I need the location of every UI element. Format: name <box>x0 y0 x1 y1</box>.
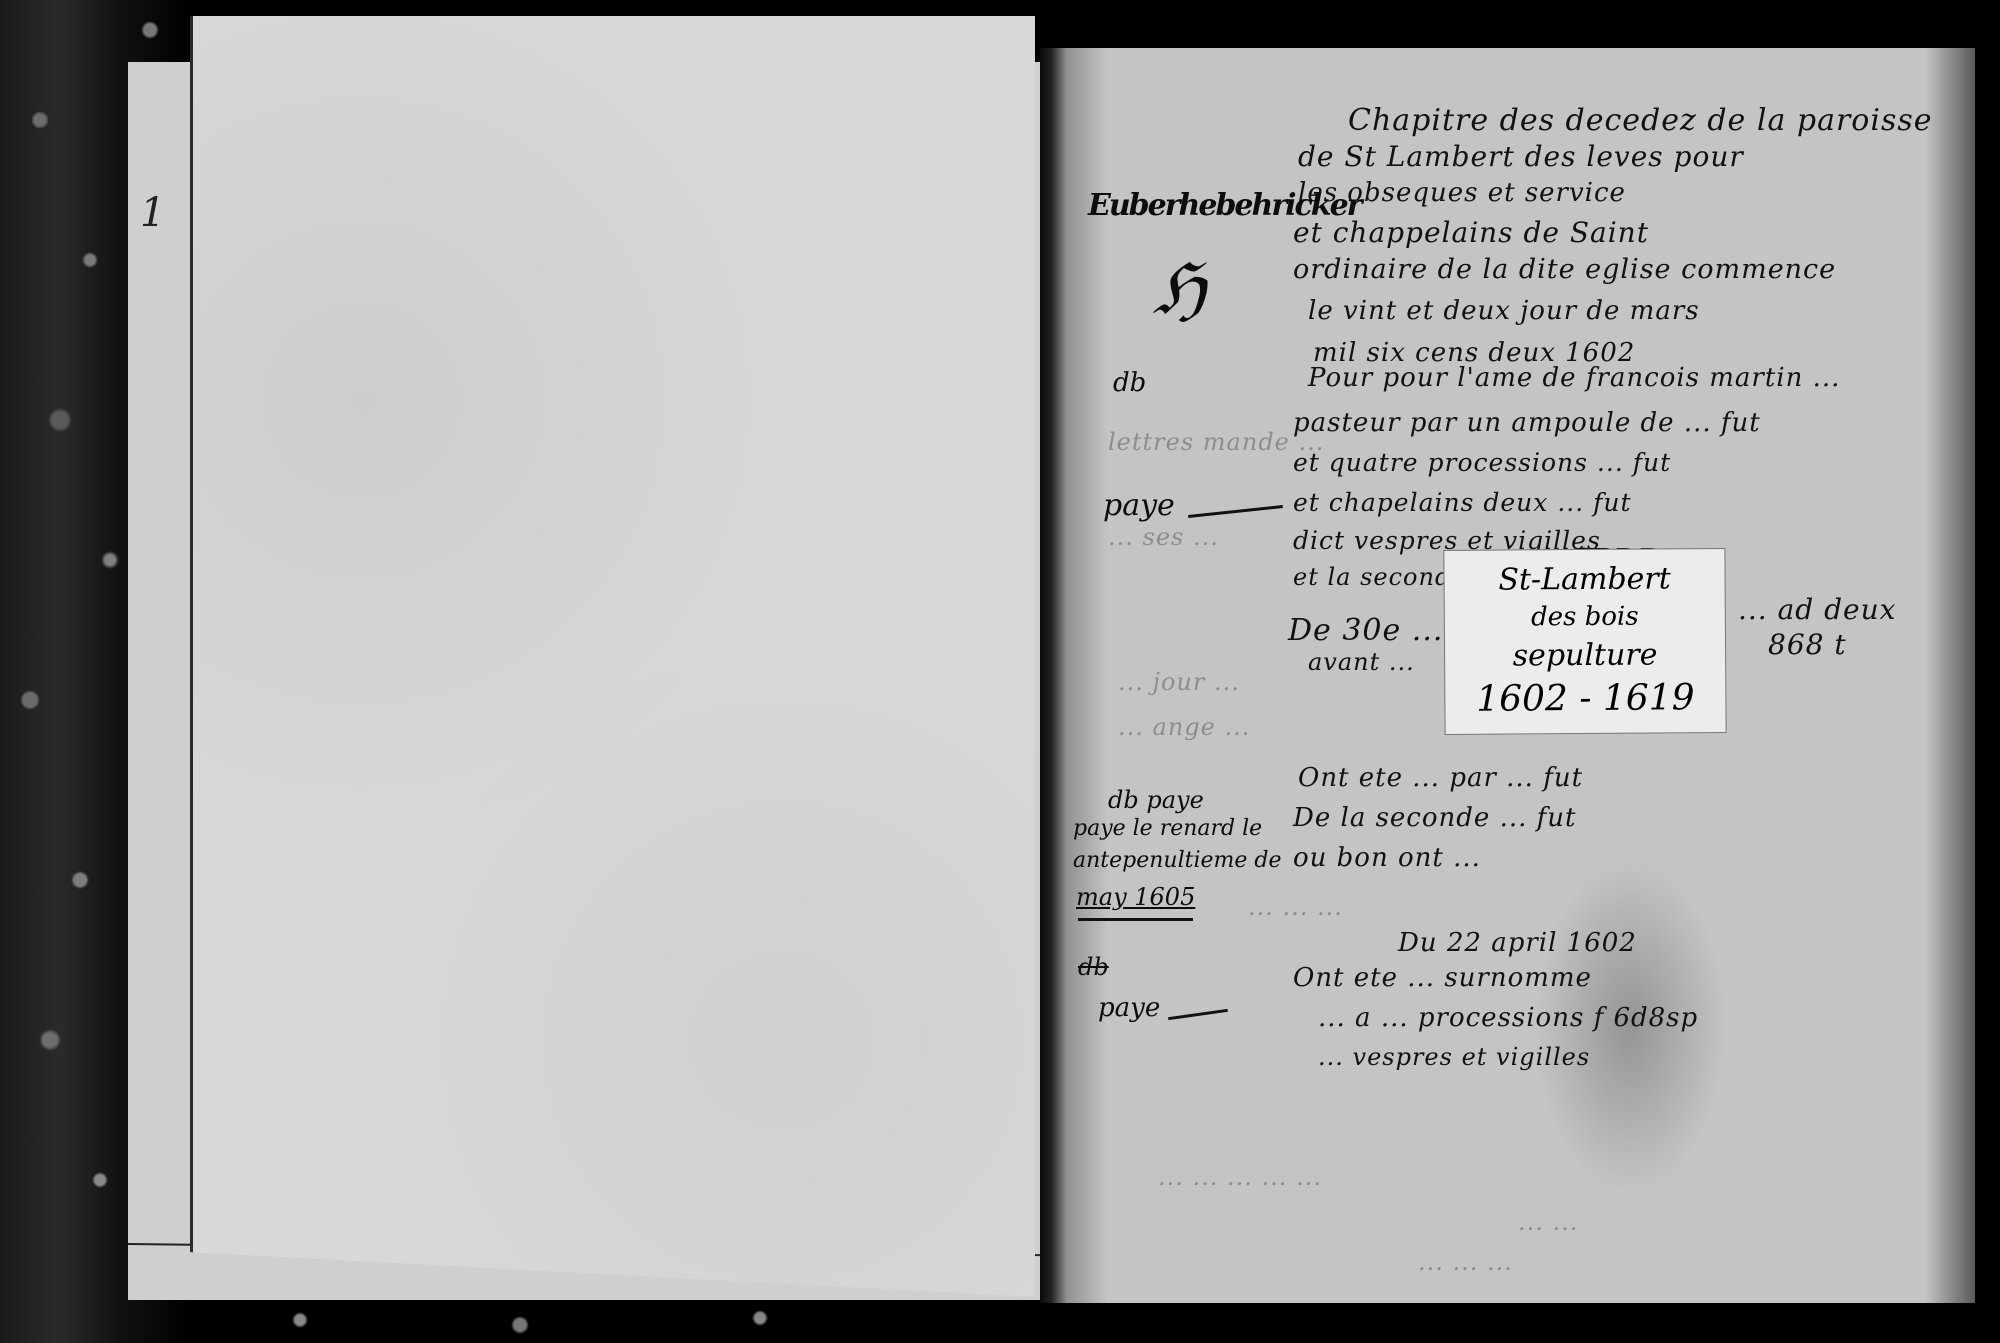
margin-underline <box>1078 918 1193 921</box>
entry-line: Ont ete ... surnomme <box>1293 963 1592 993</box>
signature-flourish: ℌ <box>1153 248 1206 330</box>
bleed-through-text: ... ses ... <box>1108 523 1219 551</box>
margin-note-paye: paye <box>1103 488 1175 523</box>
margin-stroke <box>1168 1009 1228 1020</box>
margin-note: db paye <box>1108 786 1204 814</box>
entry-line: pasteur par un ampoule de ... fut <box>1293 408 1761 438</box>
margin-note-paye: paye <box>1098 993 1160 1023</box>
heading-line: de St Lambert des leves pour <box>1298 140 1744 173</box>
entry-line: et chapelains deux ... fut <box>1293 488 1632 517</box>
entry-line: ... a ... processions f 6d8sp <box>1318 1003 1698 1033</box>
margin-note: db <box>1078 953 1109 981</box>
entry-line: 868 t <box>1768 628 1847 661</box>
heading-line: Chapitre des decedez de la paroisse <box>1348 103 1933 138</box>
margin-note: db <box>1113 368 1146 398</box>
entry-line: avant ... <box>1308 648 1415 676</box>
heading-line: ordinaire de la dite eglise commence <box>1293 254 1836 285</box>
entry-line: De la seconde ... fut <box>1293 803 1576 833</box>
archive-label-card: St-Lambert des bois sepulture 1602 - 161… <box>1444 549 1725 734</box>
bleed-through-text: ... ... ... <box>1418 1248 1513 1276</box>
entry-line: De 30e ... <box>1288 613 1443 648</box>
signature: Euberhebehricker <box>1088 188 1360 223</box>
bleed-through-text: ... ... ... ... ... <box>1158 1163 1322 1191</box>
margin-note-date: may 1605 <box>1076 883 1195 911</box>
label-parish: St-Lambert <box>1444 561 1724 598</box>
label-record-type: sepulture <box>1445 637 1725 674</box>
bleed-through-text: ... ... ... <box>1248 893 1343 921</box>
margin-note: antepenultieme de <box>1073 848 1282 873</box>
bleed-through-text: ... ange ... <box>1118 713 1250 741</box>
entry-line: Ont ete ... par ... fut <box>1298 763 1583 793</box>
margin-note: paye le renard le <box>1073 816 1262 841</box>
entry-line: ... vespres et vigilles <box>1318 1043 1590 1071</box>
page-number-mark: 1 <box>140 190 165 236</box>
bleed-through-text: ... ... <box>1518 1208 1578 1236</box>
heading-line: le vint et deux jour de mars <box>1308 296 1700 326</box>
entry-line: et la seconde <box>1293 563 1467 591</box>
book-spine <box>1040 48 1068 1303</box>
entry-line: ou bon ont ... <box>1293 843 1481 873</box>
entry-date-heading: Du 22 april 1602 <box>1398 928 1637 958</box>
entry-line: ... ad deux <box>1738 593 1896 626</box>
entry-line: Pour pour l'ame de francois martin ... <box>1308 363 1840 393</box>
entry-line: et quatre processions ... fut <box>1293 448 1671 477</box>
bleed-through-text: ... jour ... <box>1118 668 1240 696</box>
label-place: des bois <box>1445 601 1725 633</box>
left-blank-page <box>190 16 1035 1297</box>
margin-stroke <box>1188 505 1283 518</box>
label-date-range: 1602 - 1619 <box>1445 677 1725 720</box>
bleed-through-text: lettres mande ... <box>1108 428 1324 456</box>
